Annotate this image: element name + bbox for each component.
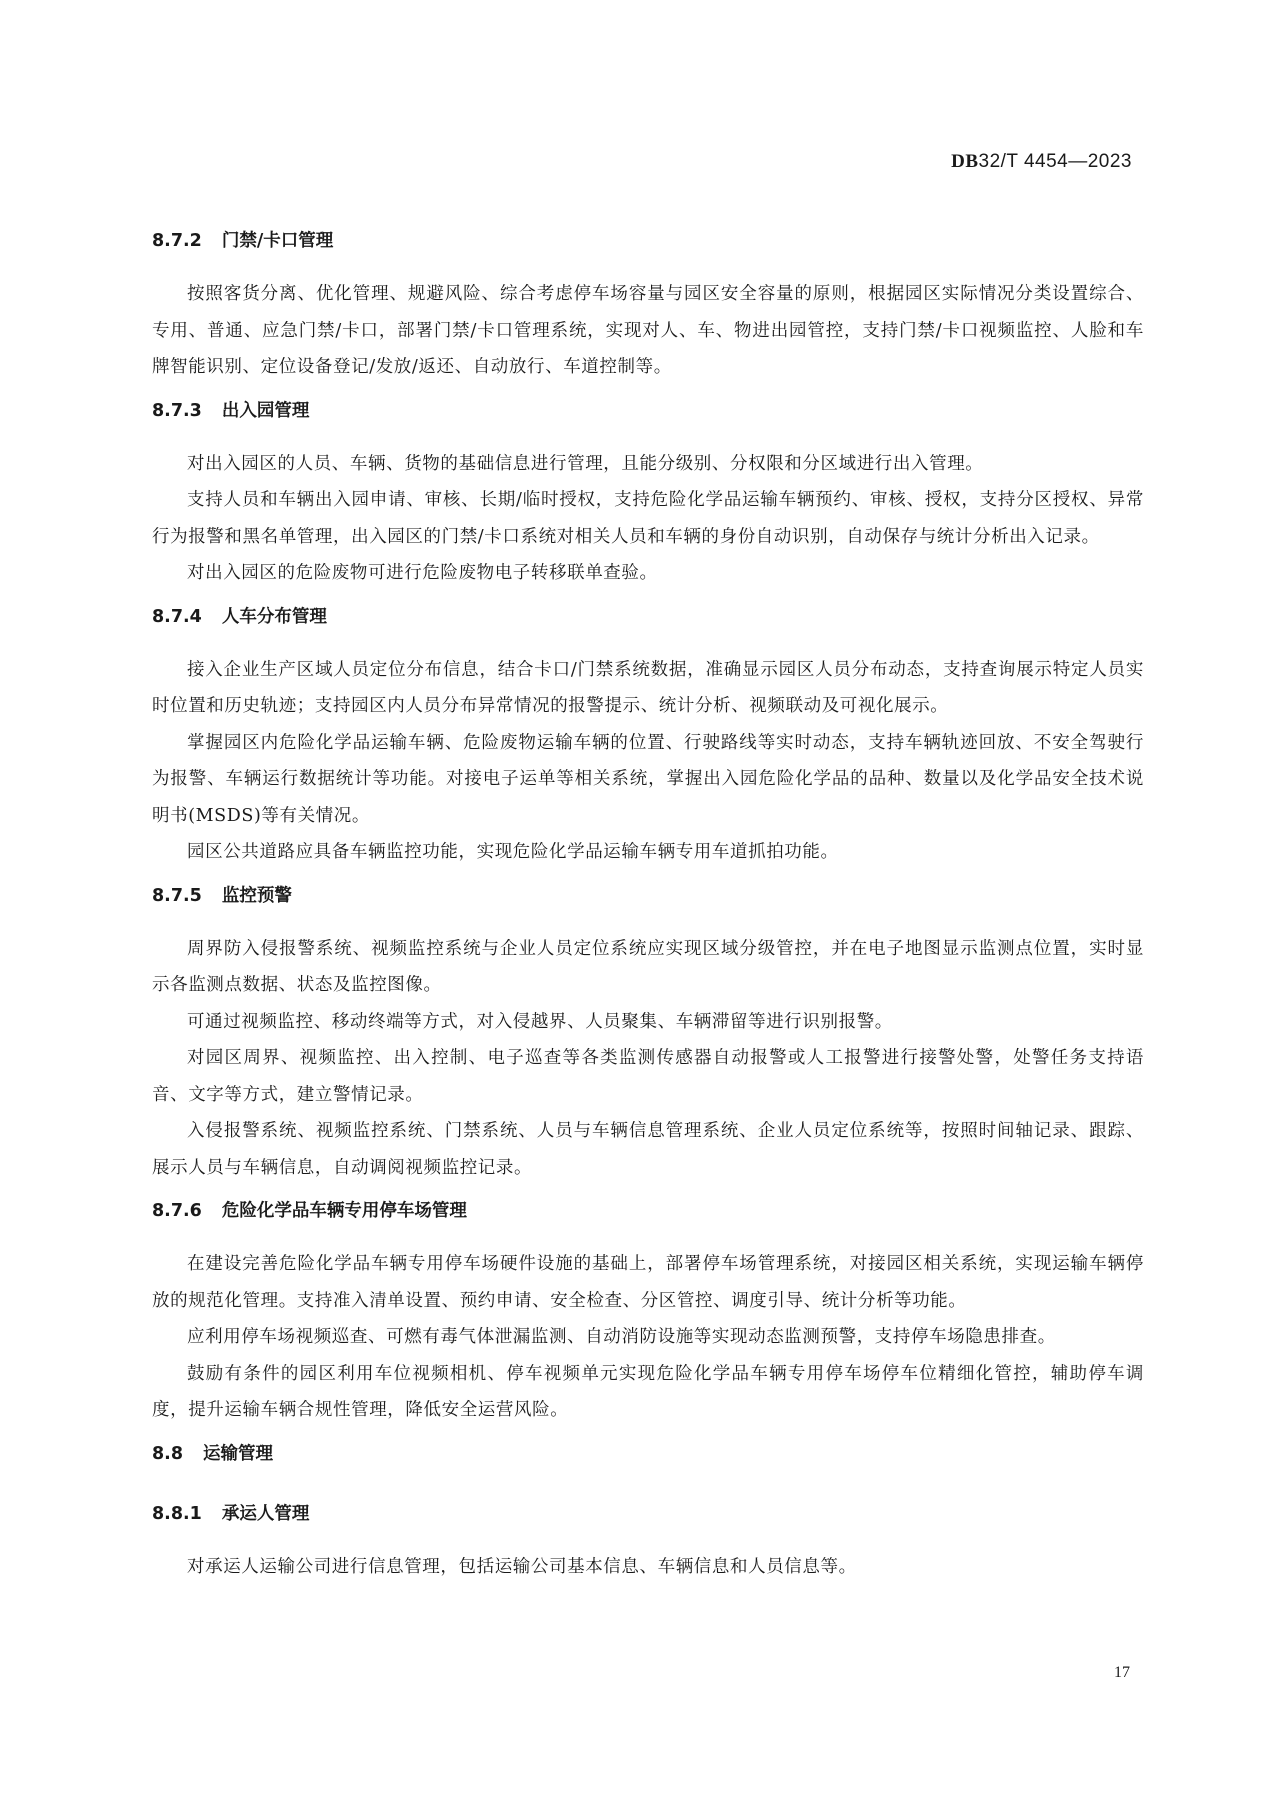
section-heading: 8.7.3出入园管理 bbox=[152, 396, 1144, 446]
paragraph: 对园区周界、视频监控、出入控制、电子巡查等各类监测传感器自动报警或人工报警进行接… bbox=[152, 1040, 1144, 1113]
section-number: 8.7.3 bbox=[152, 396, 202, 426]
section-title: 监控预警 bbox=[222, 886, 292, 906]
section-number: 8.7.5 bbox=[152, 881, 202, 911]
section-8-7-6: 8.7.6危险化学品车辆专用停车场管理 在建设完善危险化学品车辆专用停车场硬件设… bbox=[152, 1196, 1144, 1429]
section-number: 8.8.1 bbox=[152, 1499, 202, 1529]
section-heading: 8.7.5监控预警 bbox=[152, 881, 1144, 931]
section-8-8-1: 8.8.1承运人管理 对承运人运输公司进行信息管理，包括运输公司基本信息、车辆信… bbox=[152, 1499, 1144, 1586]
section-title: 承运人管理 bbox=[222, 1504, 310, 1524]
section-8-7-5: 8.7.5监控预警 周界防入侵报警系统、视频监控系统与企业人员定位系统应实现区域… bbox=[152, 881, 1144, 1187]
document-body: 8.7.2门禁/卡口管理 按照客货分离、优化管理、规避风险、综合考虑停车场容量与… bbox=[152, 226, 1144, 1595]
document-code: DB32/T 4454—2023 bbox=[951, 150, 1132, 173]
section-title: 门禁/卡口管理 bbox=[222, 231, 333, 251]
paragraph: 周界防入侵报警系统、视频监控系统与企业人员定位系统应实现区域分级管控，并在电子地… bbox=[152, 931, 1144, 1004]
section-title: 危险化学品车辆专用停车场管理 bbox=[222, 1201, 467, 1221]
section-heading: 8.8.1承运人管理 bbox=[152, 1499, 1144, 1549]
paragraph: 可通过视频监控、移动终端等方式，对入侵越界、人员聚集、车辆滞留等进行识别报警。 bbox=[152, 1004, 1144, 1041]
section-number: 8.7.6 bbox=[152, 1196, 202, 1226]
section-number: 8.8 bbox=[152, 1439, 183, 1469]
paragraph: 对出入园区的人员、车辆、货物的基础信息进行管理，且能分级别、分权限和分区域进行出… bbox=[152, 446, 1144, 483]
section-number: 8.7.2 bbox=[152, 226, 202, 256]
paragraph: 在建设完善危险化学品车辆专用停车场硬件设施的基础上，部署停车场管理系统，对接园区… bbox=[152, 1246, 1144, 1319]
paragraph: 接入企业生产区域人员定位分布信息，结合卡口/门禁系统数据，准确显示园区人员分布动… bbox=[152, 652, 1144, 725]
section-heading: 8.7.2门禁/卡口管理 bbox=[152, 226, 1144, 276]
section-8-7-2: 8.7.2门禁/卡口管理 按照客货分离、优化管理、规避风险、综合考虑停车场容量与… bbox=[152, 226, 1144, 386]
document-code-prefix: DB bbox=[951, 151, 978, 172]
paragraph: 对承运人运输公司进行信息管理，包括运输公司基本信息、车辆信息和人员信息等。 bbox=[152, 1549, 1144, 1586]
section-heading: 8.7.4人车分布管理 bbox=[152, 602, 1144, 652]
page-number: 17 bbox=[1114, 1664, 1130, 1682]
paragraph: 掌握园区内危险化学品运输车辆、危险废物运输车辆的位置、行驶路线等实时动态，支持车… bbox=[152, 725, 1144, 835]
section-title: 人车分布管理 bbox=[222, 607, 327, 627]
section-number: 8.7.4 bbox=[152, 602, 202, 632]
section-8-8: 8.8运输管理 bbox=[152, 1439, 1144, 1489]
section-title: 运输管理 bbox=[203, 1444, 273, 1464]
section-heading: 8.7.6危险化学品车辆专用停车场管理 bbox=[152, 1196, 1144, 1246]
section-8-7-3: 8.7.3出入园管理 对出入园区的人员、车辆、货物的基础信息进行管理，且能分级别… bbox=[152, 396, 1144, 592]
document-code-number: 32/T 4454—2023 bbox=[979, 151, 1133, 172]
paragraph: 应利用停车场视频巡查、可燃有毒气体泄漏监测、自动消防设施等实现动态监测预警，支持… bbox=[152, 1319, 1144, 1356]
paragraph: 按照客货分离、优化管理、规避风险、综合考虑停车场容量与园区安全容量的原则，根据园… bbox=[152, 276, 1144, 386]
paragraph: 入侵报警系统、视频监控系统、门禁系统、人员与车辆信息管理系统、企业人员定位系统等… bbox=[152, 1113, 1144, 1186]
section-8-7-4: 8.7.4人车分布管理 接入企业生产区域人员定位分布信息，结合卡口/门禁系统数据… bbox=[152, 602, 1144, 871]
paragraph: 对出入园区的危险废物可进行危险废物电子转移联单查验。 bbox=[152, 555, 1144, 592]
section-title: 出入园管理 bbox=[222, 401, 310, 421]
paragraph: 支持人员和车辆出入园申请、审核、长期/临时授权，支持危险化学品运输车辆预约、审核… bbox=[152, 482, 1144, 555]
section-heading: 8.8运输管理 bbox=[152, 1439, 1144, 1489]
paragraph: 鼓励有条件的园区利用车位视频相机、停车视频单元实现危险化学品车辆专用停车场停车位… bbox=[152, 1356, 1144, 1429]
paragraph: 园区公共道路应具备车辆监控功能，实现危险化学品运输车辆专用车道抓拍功能。 bbox=[152, 834, 1144, 871]
